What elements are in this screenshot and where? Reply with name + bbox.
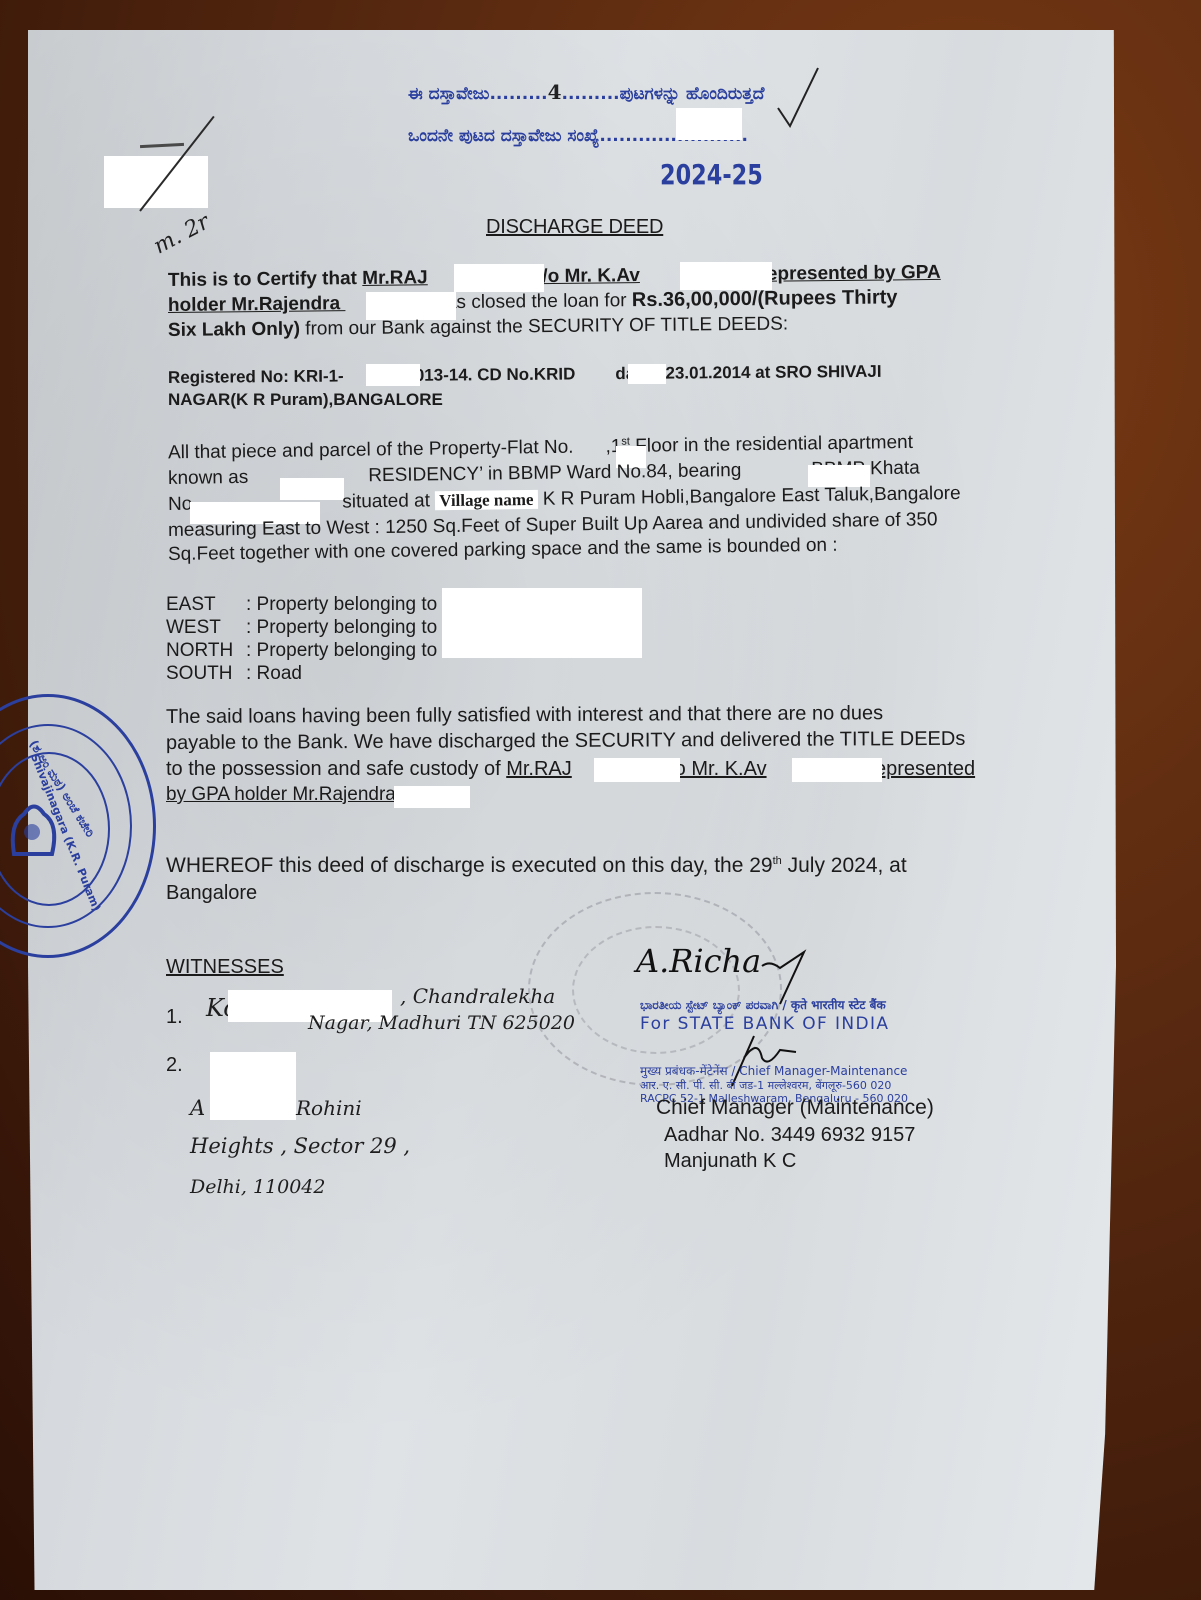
loan-amount: Rs.36,00,000/(Rupees Thirty <box>632 286 898 311</box>
witness-2-address-3: Heights , Sector 29 , <box>190 1134 410 1158</box>
bank-stamp-multilang: ಭಾರತೀಯ ಸ್ಟೇಟ್ ಬ್ಯಾಂಕ್ ಪರವಾಗಿ / कृते भारत… <box>640 996 886 1013</box>
witness-1-address-2: Nagar, Madhuri TN 625020 <box>308 1012 575 1034</box>
witness-2-address-1: A <box>190 1096 205 1120</box>
stamp-line1-prefix: ಈ ದಸ್ತಾವೇಜು......... <box>408 84 548 104</box>
post-office-seal: (ಶ.ಅಂ ಮಠ) ಅಂಚೆ ಕಚೇರಿ Shivajinagara (K.R.… <box>0 694 160 956</box>
whereof-line1: WHEREOF this deed of discharge is execut… <box>166 854 1000 878</box>
page-count: 4 <box>548 80 562 104</box>
signatory-designation: Chief Manager (Maintenance) <box>656 1096 934 1120</box>
redaction-witness-2 <box>210 1052 296 1120</box>
stamp-line1-suffix: .........ಪುಟಗಳನ್ನು ಹೊಂದಿರುತ್ತದೆ <box>562 84 765 104</box>
whereof-line2: Bangalore <box>166 882 257 905</box>
stamp-year: 2024-25 <box>660 158 763 191</box>
boundary-south: SOUTH: Road <box>166 663 437 686</box>
witness-2-address-2: Rohini <box>296 1096 362 1120</box>
redaction-father-2 <box>792 758 882 782</box>
page-title: DISCHARGE DEED <box>486 216 663 239</box>
redaction-doc-number <box>676 108 742 140</box>
boundaries-list: EAST: Property belonging to WEST: Proper… <box>166 594 437 686</box>
borrower-name: Mr.RAJ <box>362 267 428 289</box>
gpa-holder: holder Mr.Rajendra <box>168 293 346 316</box>
boundary-west: WEST: Property belonging to <box>166 617 437 640</box>
redaction-margin <box>104 156 208 208</box>
witnesses-heading: WITNESSES <box>166 956 284 979</box>
redaction-gpa-holder <box>366 292 456 320</box>
witness-2-address-4: Delhi, 110042 <box>190 1176 325 1198</box>
boundary-east: EAST: Property belonging to <box>166 594 437 617</box>
address-stamp-hindi: आर. ए. सी. पी. सी. बी जड-1 मल्लेश्वरम, ब… <box>640 1078 891 1093</box>
redaction-father <box>680 262 772 290</box>
borrower-father: S/o Mr. K.Av <box>530 265 640 287</box>
satisfaction-line4: by GPA holder Mr.Rajendra <box>166 784 396 806</box>
checkmark-icon <box>776 66 822 134</box>
village-name-label: Village name <box>435 490 538 510</box>
designation-stamp: मुख्य प्रबंधक-मेंटेनेंस / Chief Manager-… <box>640 1062 907 1079</box>
redaction-borrower-2 <box>594 758 680 782</box>
witness-1-address-1: , Chandralekha <box>400 984 555 1008</box>
redaction-boundaries <box>442 588 642 658</box>
emblem-icon <box>4 794 64 864</box>
boundary-north: NORTH: Property belonging to <box>166 640 437 663</box>
redaction-borrower <box>454 264 544 292</box>
signatory-name: Manjunath K C <box>664 1150 796 1173</box>
signatory-aadhar: Aadhar No. 3449 6932 9157 <box>664 1124 915 1147</box>
redaction-gpa-holder-2 <box>394 786 470 808</box>
header-stamp: ಈ ದಸ್ತಾವೇಜು.........4.........ಪುಟಗಳನ್ನು … <box>408 80 764 104</box>
registration-line2: NAGAR(K R Puram),BANGALORE <box>168 390 443 410</box>
witness-1-number: 1. <box>166 1006 183 1029</box>
satisfaction-line2: payable to the Bank. We have discharged … <box>166 728 965 755</box>
satisfaction-line1: The said loans having been fully satisfi… <box>166 702 883 729</box>
signature: A.Richa <box>636 942 761 980</box>
redaction-cd-no <box>628 364 666 384</box>
redaction-reg-no <box>366 364 420 386</box>
witness-2-number: 2. <box>166 1054 183 1077</box>
